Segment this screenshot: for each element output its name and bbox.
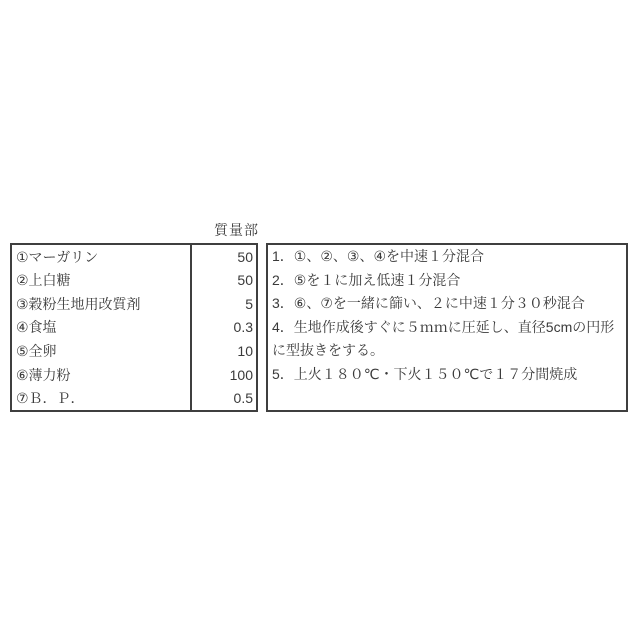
ingredient-name: ①マーガリン [12, 245, 192, 269]
ingredient-name: ⑤全卵 [12, 339, 192, 363]
instruction-line: 5．上火１８０℃・下火１５０℃で１７分間焼成 [272, 363, 622, 387]
instructions-panel: 1．①、②、③、④を中速１分混合 2．⑤を１に加え低速１分混合 3．⑥、⑦を一緒… [266, 243, 628, 412]
instruction-line: に型抜きをする。 [272, 339, 622, 363]
ingredient-value: 50 [192, 269, 256, 293]
instruction-line: 2．⑤を１に加え低速１分混合 [272, 269, 622, 293]
ingredient-name: ④食塩 [12, 316, 192, 340]
instruction-line: 1．①、②、③、④を中速１分混合 [272, 245, 622, 269]
ingredient-name: ⑥薄力粉 [12, 363, 192, 387]
ingredient-name: ③穀粉生地用改質剤 [12, 292, 192, 316]
ingredient-table: ①マーガリン 50 ②上白糖 50 ③穀粉生地用改質剤 5 ④食塩 0.3 ⑤全… [10, 243, 258, 412]
instruction-line: 3．⑥、⑦を一緒に篩い、２に中速１分３０秒混合 [272, 292, 622, 316]
ingredient-name: ⑦Ｂ．Ｐ． [12, 386, 192, 410]
mass-parts-header: 質量部 [214, 220, 259, 240]
ingredient-value: 50 [192, 245, 256, 269]
ingredient-name: ②上白糖 [12, 269, 192, 293]
ingredient-value: 0.5 [192, 386, 256, 410]
ingredient-value: 10 [192, 339, 256, 363]
ingredient-value: 100 [192, 363, 256, 387]
instruction-line: 4．生地作成後すぐに５ｍｍに圧延し、直径5cmの円形 [272, 316, 622, 340]
ingredient-value: 0.3 [192, 316, 256, 340]
recipe-sheet: { "page": { "background": "#ffffff", "te… [0, 0, 640, 640]
ingredient-value: 5 [192, 292, 256, 316]
